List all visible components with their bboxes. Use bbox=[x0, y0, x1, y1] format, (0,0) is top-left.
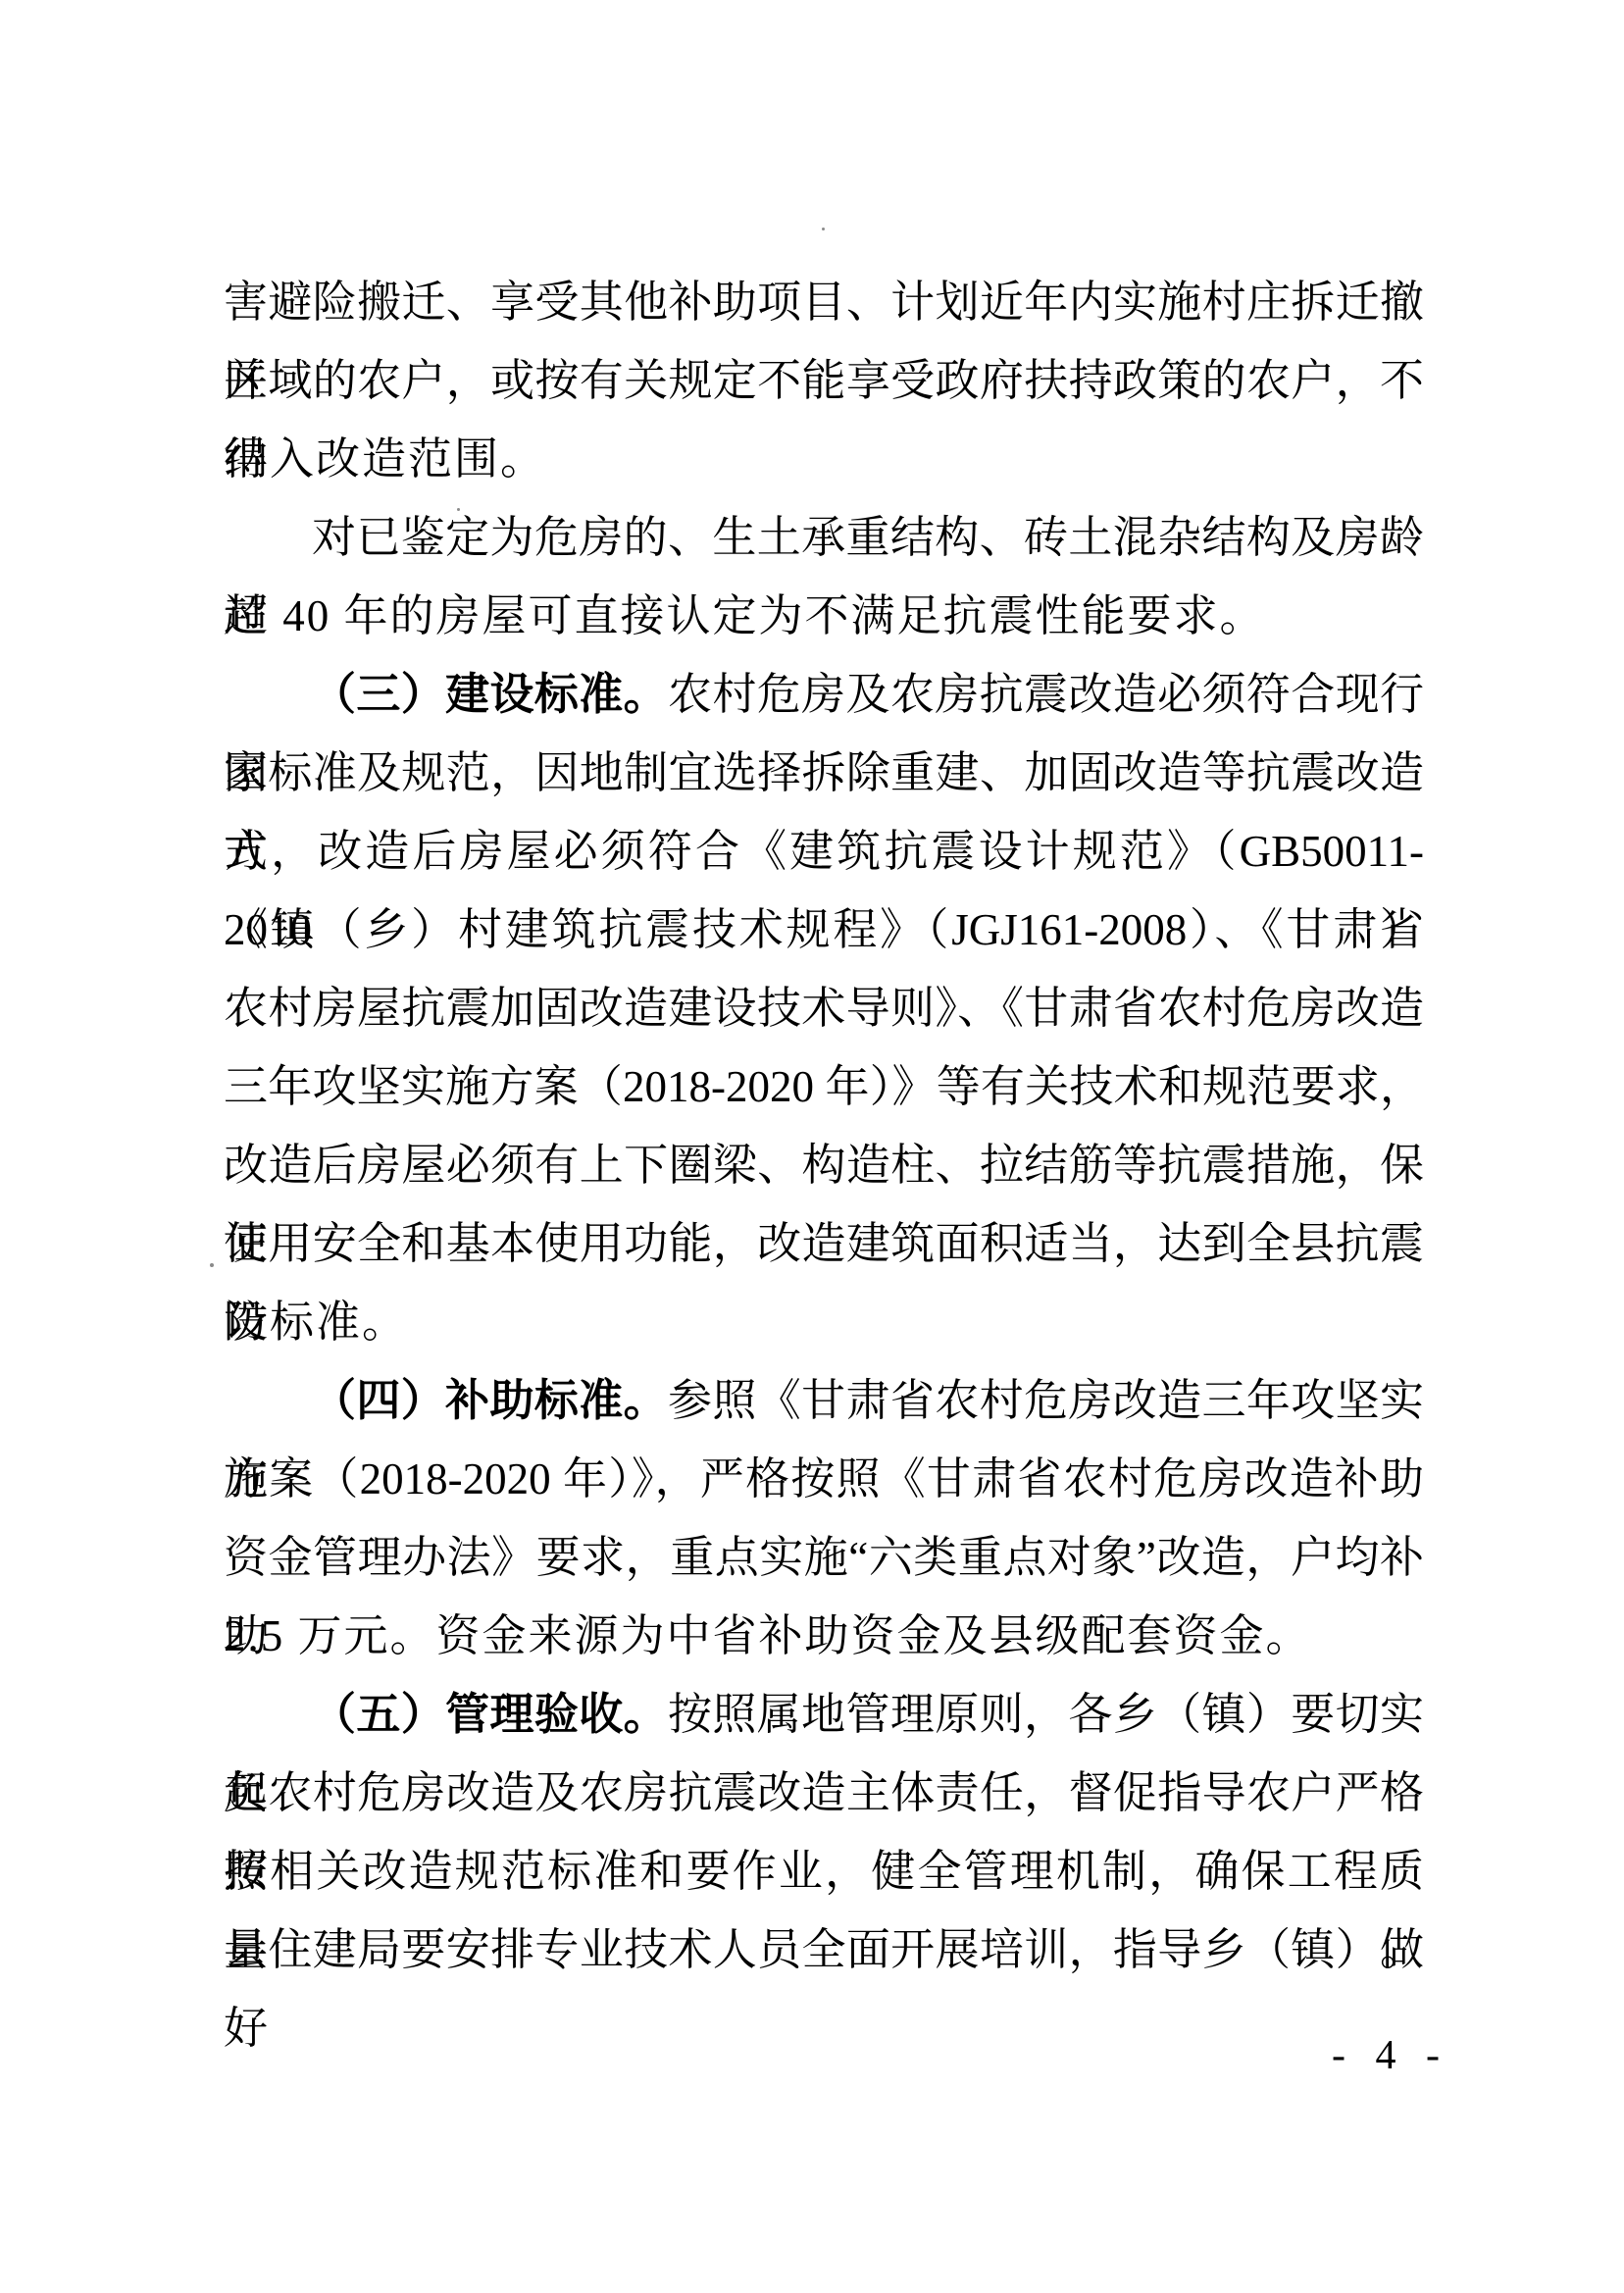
text-line: 式，改造后房屋必须符合《建筑抗震设计规范》（GB50011-2010） bbox=[224, 812, 1424, 891]
text-line: 资金管理办法》要求，重点实施“六类重点对象”改造，户均补助 bbox=[224, 1518, 1424, 1597]
text-line: 家标准及规范，因地制宜选择拆除重建、加固改造等抗震改造方 bbox=[224, 734, 1424, 812]
text-line: 过 40 年的房屋可直接认定为不满足抗震性能要求。 bbox=[224, 577, 1424, 655]
document-page: 害避险搬迁、享受其他补助项目、计划近年内实施村庄拆迁撤并区域的农户，或按有关规定… bbox=[0, 0, 1624, 2293]
text-line: （三）建设标准。农村危房及农房抗震改造必须符合现行国 bbox=[224, 655, 1424, 734]
text-line: 2.5 万元。资金来源为中省补助资金及县级配套资金。 bbox=[224, 1597, 1424, 1675]
page-number: - 4 - bbox=[1332, 2032, 1449, 2079]
text-line: 对已鉴定为危房的、生土承重结构、砖土混杂结构及房龄超 bbox=[224, 498, 1424, 577]
body-text: 防标准。 bbox=[224, 1298, 408, 1347]
text-line: 害避险搬迁、享受其他补助项目、计划近年内实施村庄拆迁撤并 bbox=[224, 263, 1424, 341]
text-line: 方案（2018-2020 年）》，严格按照《甘肃省农村危房改造补助 bbox=[224, 1440, 1424, 1518]
body-text: 2.5 万元。资金来源为中省补助资金及县级配套资金。 bbox=[224, 1611, 1312, 1660]
text-line: 起农村危房改造及农房抗震改造主体责任，督促指导农户严格按 bbox=[224, 1754, 1424, 1832]
body-text: 纳入改造范围。 bbox=[224, 434, 546, 484]
scan-speckle bbox=[639, 359, 643, 363]
section-heading-text: （三）建设标准。 bbox=[312, 670, 668, 719]
text-line: 纳入改造范围。 bbox=[224, 420, 1424, 498]
body-text: 《镇（乡）村建筑抗震技术规程》（JGJ161-2008）、《甘肃省 bbox=[224, 905, 1424, 954]
section-heading-text: （五）管理验收。 bbox=[312, 1690, 668, 1739]
text-line: 区域的农户，或按有关规定不能享受政府扶持政策的农户，不得 bbox=[224, 341, 1424, 420]
text-line: 三年攻坚实施方案（2018-2020 年）》等有关技术和规范要求， bbox=[224, 1047, 1424, 1126]
document-body: 害避险搬迁、享受其他补助项目、计划近年内实施村庄拆迁撤并区域的农户，或按有关规定… bbox=[224, 263, 1424, 1989]
text-line: （五）管理验收。按照属地管理原则，各乡（镇）要切实负 bbox=[224, 1675, 1424, 1754]
text-line: （四）补助标准。参照《甘肃省农村危房改造三年攻坚实施 bbox=[224, 1361, 1424, 1440]
scan-speckle bbox=[822, 228, 825, 230]
text-line: 改造后房屋必须有上下圈梁、构造柱、拉结筋等抗震措施，保证 bbox=[224, 1126, 1424, 1204]
text-line: 《镇（乡）村建筑抗震技术规程》（JGJ161-2008）、《甘肃省 bbox=[224, 891, 1424, 969]
text-line: 使用安全和基本使用功能，改造建筑面积适当，达到全县抗震设 bbox=[224, 1204, 1424, 1283]
body-text: 农村房屋抗震加固改造建设技术导则》、《甘肃省农村危房改造 bbox=[224, 984, 1424, 1033]
scan-speckle bbox=[210, 1263, 214, 1267]
body-text: 方案（2018-2020 年）》，严格按照《甘肃省农村危房改造补助 bbox=[224, 1454, 1424, 1503]
body-text: 三年攻坚实施方案（2018-2020 年）》等有关技术和规范要求， bbox=[224, 1062, 1424, 1111]
body-text: 县住建局要安排专业技术人员全面开展培训，指导乡（镇）做好 bbox=[224, 1925, 1424, 2053]
text-line: 农村房屋抗震加固改造建设技术导则》、《甘肃省农村危房改造 bbox=[224, 969, 1424, 1047]
text-line: 照相关改造规范标准和要作业，健全管理机制，确保工程质量。 bbox=[224, 1832, 1424, 1911]
text-line: 县住建局要安排专业技术人员全面开展培训，指导乡（镇）做好 bbox=[224, 1911, 1424, 1989]
body-text: 过 40 年的房屋可直接认定为不满足抗震性能要求。 bbox=[224, 591, 1266, 640]
text-line: 防标准。 bbox=[224, 1283, 1424, 1361]
scan-speckle bbox=[457, 508, 460, 511]
section-heading-text: （四）补助标准。 bbox=[312, 1376, 668, 1425]
